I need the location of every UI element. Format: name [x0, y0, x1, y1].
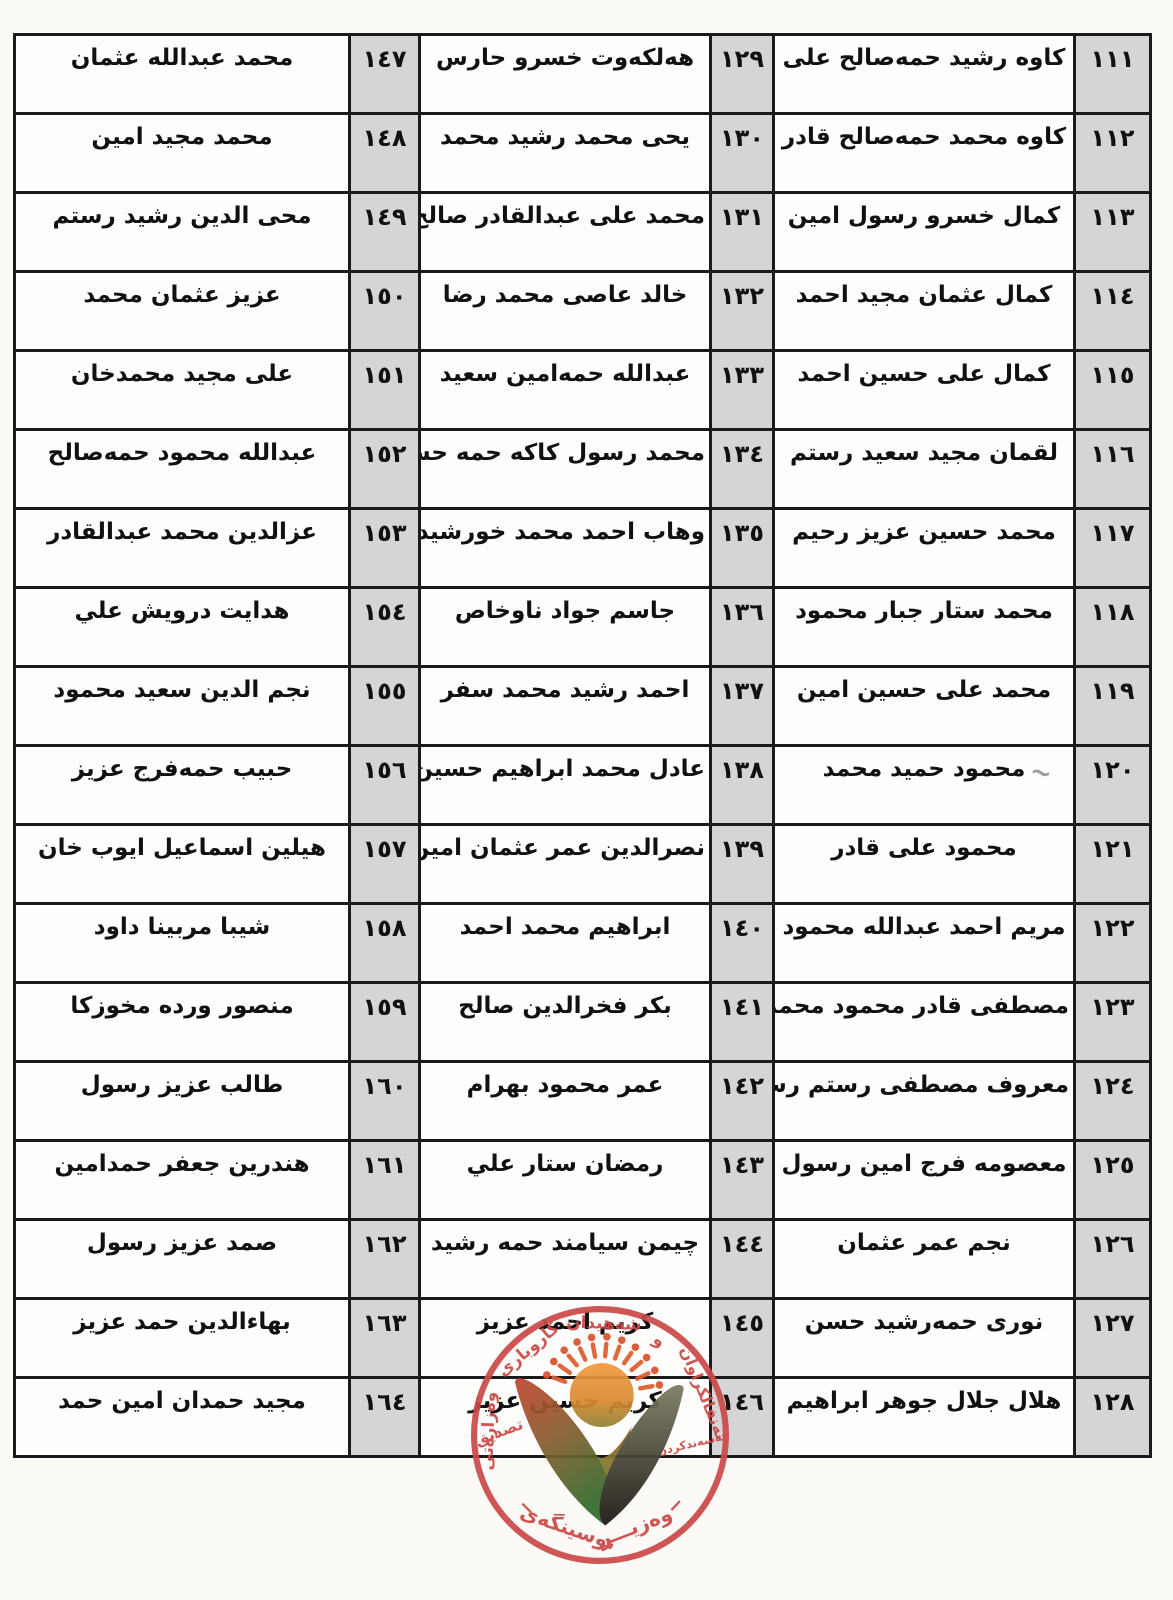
sun-ray — [560, 1366, 570, 1373]
serial-cell: ١٤١ — [711, 983, 774, 1062]
sun-ray — [637, 1373, 648, 1378]
serial-cell: ١١٥ — [1075, 351, 1151, 430]
name-cell: چيمن سيامند حمه رشيد — [420, 1220, 711, 1299]
table-row: ١٢٠ محمود حميد محمد ١٣٨ عادل محمد ابراهي… — [15, 746, 1151, 825]
serial-cell: ١٢٤ — [1075, 1062, 1151, 1141]
table-row: ١١٨ محمد ستار جبار محمود ١٣٦ جاسم جواد ن… — [15, 588, 1151, 667]
name-cell: طالب عزيز رسول — [15, 1062, 350, 1141]
serial-cell: ١٤٩ — [350, 193, 420, 272]
sun-ray-dot — [603, 1333, 611, 1341]
serial-cell: ١٤٣ — [711, 1141, 774, 1220]
name-cell: محمد على حسين امين — [774, 667, 1075, 746]
serial-cell: ١٥٨ — [350, 904, 420, 983]
sun-ray — [569, 1356, 577, 1365]
name-cell: جاسم جواد ناوخاص — [420, 588, 711, 667]
serial-cell: ١٥٥ — [350, 667, 420, 746]
name-cell: عبدالله محمود حمەصالح — [15, 430, 350, 509]
sun-ray — [640, 1386, 652, 1388]
sun-ray — [580, 1348, 585, 1359]
name-cell: مصطفى قادر محمود محمد — [774, 983, 1075, 1062]
table-row: ١٢٥ معصومه فرج امين رسول ١٤٣ رمضان ستار … — [15, 1141, 1151, 1220]
name-cell: كمال خسرو رسول امين — [774, 193, 1075, 272]
serial-cell: ١٥٠ — [350, 272, 420, 351]
serial-cell: ١٦١ — [350, 1141, 420, 1220]
name-cell: هەلكەوت خسرو حارس — [420, 35, 711, 114]
serial-cell: ١٣٧ — [711, 667, 774, 746]
table-row: ١١٩ محمد على حسين امين ١٣٧ احمد رشيد محم… — [15, 667, 1151, 746]
name-cell: وهاب احمد محمد خورشيد — [420, 509, 711, 588]
serial-cell: ١٣٥ — [711, 509, 774, 588]
serial-cell: ١١٢ — [1075, 114, 1151, 193]
sun-ray-dot — [651, 1367, 659, 1375]
name-cell: محمد ستار جبار محمود — [774, 588, 1075, 667]
serial-cell: ١٤٤ — [711, 1220, 774, 1299]
sun-ray — [605, 1344, 606, 1356]
serial-cell: ١٥٧ — [350, 825, 420, 904]
scanned-page: ١١١ كاوه رشيد حمەصالح على ١٢٩ هەلكەوت خس… — [0, 0, 1173, 1600]
serial-cell: ١٣١ — [711, 193, 774, 272]
serial-cell: ١٣٨ — [711, 746, 774, 825]
name-cell: ابراهيم محمد احمد — [420, 904, 711, 983]
stamp-word: کاروباری — [493, 1317, 563, 1381]
name-cell: كمال عثمان مجيد احمد — [774, 272, 1075, 351]
name-cell: نجم عمر عثمان — [774, 1220, 1075, 1299]
name-cell: محمد حسين عزيز رحيم — [774, 509, 1075, 588]
serial-cell: ١٦٣ — [350, 1299, 420, 1378]
serial-cell: ١٢٣ — [1075, 983, 1151, 1062]
name-cell: نجم الدين سعيد محمود — [15, 667, 350, 746]
serial-cell: ١٢٦ — [1075, 1220, 1151, 1299]
tulip-emblem-icon — [515, 1333, 684, 1525]
serial-cell: ١٣٢ — [711, 272, 774, 351]
sun-ray — [632, 1362, 641, 1370]
name-cell: حبيب حمەفرج عزيز — [15, 746, 350, 825]
serial-cell: ١٦٤ — [350, 1378, 420, 1457]
serial-cell: ١٥٩ — [350, 983, 420, 1062]
table-row: ١١٢ كاوه محمد حمەصالح قادر ١٣٠ يحى محمد … — [15, 114, 1151, 193]
table-row: ١٢٣ مصطفى قادر محمود محمد ١٤١ بكر فخرالد… — [15, 983, 1151, 1062]
name-cell: يحى محمد رشيد محمد — [420, 114, 711, 193]
name-cell: على مجيد محمدخان — [15, 351, 350, 430]
name-cell: محمد عبدالله عثمان — [15, 35, 350, 114]
name-cell: صمد عزيز رسول — [15, 1220, 350, 1299]
name-cell: هندرين جعفر حمدامين — [15, 1141, 350, 1220]
sun-ray-dot — [573, 1338, 581, 1346]
name-cell: بكر فخرالدين صالح — [420, 983, 711, 1062]
serial-cell: ١١٨ — [1075, 588, 1151, 667]
name-cell: بهاءالدين حمد عزيز — [15, 1299, 350, 1378]
name-cell: هلال جلال جوهر ابراهيم — [774, 1378, 1075, 1457]
name-cell: خالد عاصى محمد رضا — [420, 272, 711, 351]
serial-cell: ١٣٣ — [711, 351, 774, 430]
name-cell: كاوه رشيد حمەصالح على — [774, 35, 1075, 114]
name-cell: عزالدين محمد عبدالقادر — [15, 509, 350, 588]
name-cell: محمد رسول كاكه حمه حسن — [420, 430, 711, 509]
sun-ray-dot — [656, 1381, 664, 1389]
table-row: ١١٤ كمال عثمان مجيد احمد ١٣٢ خالد عاصى م… — [15, 272, 1151, 351]
serial-cell: ١٣٩ — [711, 825, 774, 904]
serial-cell: ١٥٦ — [350, 746, 420, 825]
serial-cell: ١٤٧ — [350, 35, 420, 114]
roster-table-body: ١١١ كاوه رشيد حمەصالح على ١٢٩ هەلكەوت خس… — [15, 35, 1151, 1457]
table-row: ١١٦ لقمان مجيد سعيد رستم ١٣٤ محمد رسول ك… — [15, 430, 1151, 509]
name-cell: عبدالله حمەامين سعيد — [420, 351, 711, 430]
serial-cell: ١٢٢ — [1075, 904, 1151, 983]
serial-cell: ١٢٠ — [1075, 746, 1151, 825]
sun-ray — [624, 1353, 631, 1363]
name-cell: كاوه محمد حمەصالح قادر — [774, 114, 1075, 193]
sun-ray-dot — [632, 1343, 640, 1351]
serial-cell: ١٤٠ — [711, 904, 774, 983]
serial-cell: ١٤٨ — [350, 114, 420, 193]
name-cell: رمضان ستار علي — [420, 1141, 711, 1220]
serial-cell: ١٤٢ — [711, 1062, 774, 1141]
name-cell: عزيز عثمان محمد — [15, 272, 350, 351]
serial-cell: ١٢٥ — [1075, 1141, 1151, 1220]
name-cell: محمد على عبدالقادر صالح — [420, 193, 711, 272]
table-row: ١١٧ محمد حسين عزيز رحيم ١٣٥ وهاب احمد مح… — [15, 509, 1151, 588]
sun-icon — [570, 1363, 634, 1427]
table-row: ١٢١ محمود على قادر ١٣٩ نصرالدين عمر عثما… — [15, 825, 1151, 904]
sun-ray — [553, 1378, 565, 1382]
serial-cell: ١٦٢ — [350, 1220, 420, 1299]
serial-cell: ١١٤ — [1075, 272, 1151, 351]
sun-ray-dot — [550, 1358, 558, 1366]
name-cell: شيبا مربينا داود — [15, 904, 350, 983]
serial-cell: ١١٩ — [1075, 667, 1151, 746]
name-cell: احمد رشيد محمد سفر — [420, 667, 711, 746]
table-row: ١١٣ كمال خسرو رسول امين ١٣١ محمد على عبد… — [15, 193, 1151, 272]
sun-ray-dot — [560, 1346, 568, 1354]
sun-ray-dot — [643, 1354, 651, 1362]
sun-ray-dot — [588, 1334, 596, 1342]
serial-cell: ١١١ — [1075, 35, 1151, 114]
serial-cell: ١٣٤ — [711, 430, 774, 509]
serial-cell: ١٣٦ — [711, 588, 774, 667]
serial-cell: ١٢١ — [1075, 825, 1151, 904]
sun-ray — [593, 1344, 595, 1356]
name-cell: معصومه فرج امين رسول — [774, 1141, 1075, 1220]
stamp-word: و — [648, 1328, 669, 1352]
serial-cell: ١٣٠ — [711, 114, 774, 193]
sun-ray-dot — [618, 1336, 626, 1344]
serial-cell: ١٥٢ — [350, 430, 420, 509]
name-cell: محى الدين رشيد رستم — [15, 193, 350, 272]
serial-cell: ١٢٩ — [711, 35, 774, 114]
table-row: ١٢٦ نجم عمر عثمان ١٤٤ چيمن سيامند حمه رش… — [15, 1220, 1151, 1299]
name-cell: لقمان مجيد سعيد رستم — [774, 430, 1075, 509]
serial-cell: ١١٧ — [1075, 509, 1151, 588]
serial-cell: ١٦٠ — [350, 1062, 420, 1141]
name-cell: مجيد حمدان امين حمد — [15, 1378, 350, 1457]
serial-cell: ١٥١ — [350, 351, 420, 430]
serial-cell: ١١٣ — [1075, 193, 1151, 272]
sun-ray-dot — [543, 1371, 551, 1379]
sun-ray — [615, 1347, 619, 1359]
table-row: ١١٥ كمال على حسين احمد ١٣٣ عبدالله حمەام… — [15, 351, 1151, 430]
name-cell: محمد مجيد امين — [15, 114, 350, 193]
name-cell: كمال على حسين احمد — [774, 351, 1075, 430]
name-cell: نورى حمەرشيد حسن — [774, 1299, 1075, 1378]
name-cell: عمر محمود بهرام — [420, 1062, 711, 1141]
roster-table: ١١١ كاوه رشيد حمەصالح على ١٢٩ هەلكەوت خس… — [13, 33, 1152, 1458]
serial-cell: ١٢٧ — [1075, 1299, 1151, 1378]
serial-cell: ١١٦ — [1075, 430, 1151, 509]
name-cell: نصرالدين عمر عثمان امين — [420, 825, 711, 904]
serial-cell: ١٥٤ — [350, 588, 420, 667]
name-cell: معروف مصطفى رستم رسول — [774, 1062, 1075, 1141]
name-cell: مريم احمد عبدالله محمود — [774, 904, 1075, 983]
table-row: ١٢٤ معروف مصطفى رستم رسول ١٤٢ عمر محمود … — [15, 1062, 1151, 1141]
stamp-word: شەهیدان — [566, 1311, 642, 1334]
name-cell: هيلين اسماعيل ايوب خان — [15, 825, 350, 904]
name-cell: عادل محمد ابراهيم حسين — [420, 746, 711, 825]
name-cell: هدايت درويش علي — [15, 588, 350, 667]
serial-cell: ١٢٨ — [1075, 1378, 1151, 1457]
ministry-stamp: وەزارەتی کاروباری شەهیدان و ئەنفالکراوان… — [467, 1302, 733, 1568]
serial-cell: ١٥٣ — [350, 509, 420, 588]
table-row: ١٢٢ مريم احمد عبدالله محمود ١٤٠ ابراهيم … — [15, 904, 1151, 983]
name-cell: منصور ورده مخوزكا — [15, 983, 350, 1062]
name-cell: محمود على قادر — [774, 825, 1075, 904]
table-row: ١١١ كاوه رشيد حمەصالح على ١٢٩ هەلكەوت خس… — [15, 35, 1151, 114]
